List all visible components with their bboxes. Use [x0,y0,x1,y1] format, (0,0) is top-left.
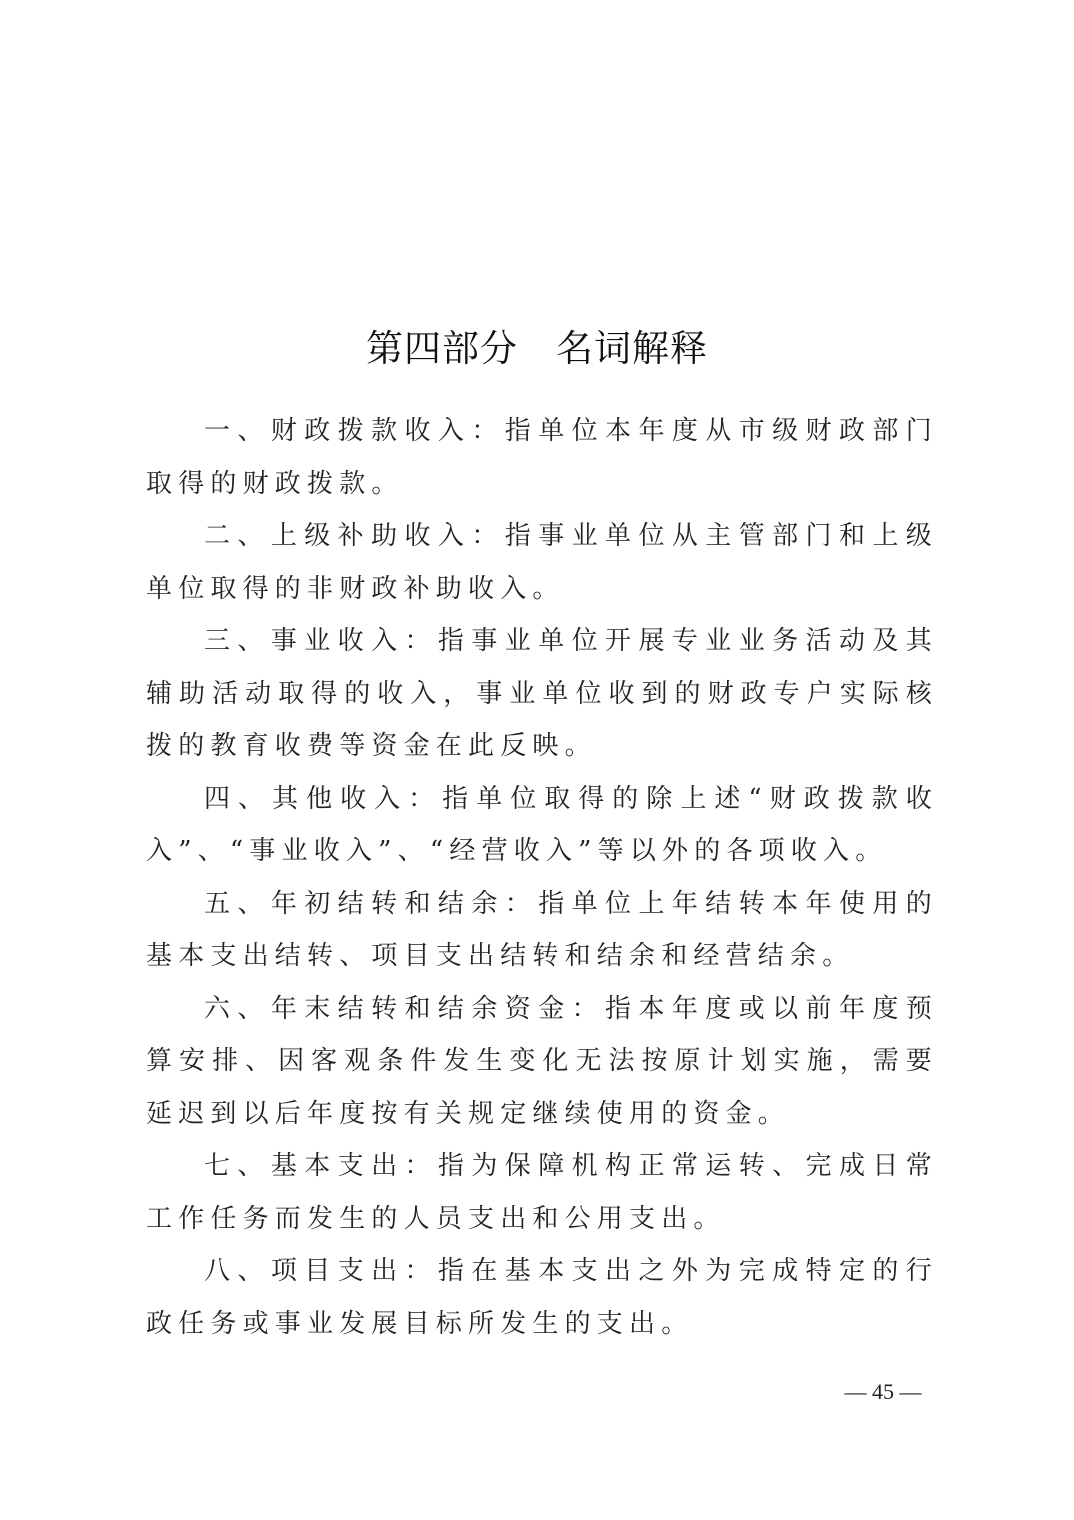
glossary-item-beginning-carryover: 五、年初结转和结余：指单位上年结转本年使用的基本支出结转、项目支出结转和结余和经… [146,878,938,983]
glossary-item-fiscal-appropriation-income: 一、财政拨款收入：指单位本年度从市级财政部门取得的财政拨款。 [146,405,938,510]
glossary-body: 一、财政拨款收入：指单位本年度从市级财政部门取得的财政拨款。 二、上级补助收入：… [146,405,938,1350]
glossary-item-superior-subsidy-income: 二、上级补助收入：指事业单位从主管部门和上级单位取得的非财政补助收入。 [146,510,938,615]
glossary-item-year-end-carryover: 六、年末结转和结余资金：指本年度或以前年度预算安排、因客观条件发生变化无法按原计… [146,983,938,1141]
page-title: 第四部分 名词解释 [0,323,1074,375]
page-number: — 45 — [828,1376,938,1408]
document-page: 第四部分 名词解释 一、财政拨款收入：指单位本年度从市级财政部门取得的财政拨款。… [0,0,1074,1520]
glossary-item-other-income: 四、其他收入：指单位取得的除上述“财政拨款收入”、“事业收入”、“经营收入”等以… [146,773,938,878]
glossary-item-project-expenditure: 八、项目支出：指在基本支出之外为完成特定的行政任务或事业发展目标所发生的支出。 [146,1245,938,1350]
glossary-item-basic-expenditure: 七、基本支出：指为保障机构正常运转、完成日常工作任务而发生的人员支出和公用支出。 [146,1140,938,1245]
glossary-item-business-income: 三、事业收入：指事业单位开展专业业务活动及其辅助活动取得的收入，事业单位收到的财… [146,615,938,773]
